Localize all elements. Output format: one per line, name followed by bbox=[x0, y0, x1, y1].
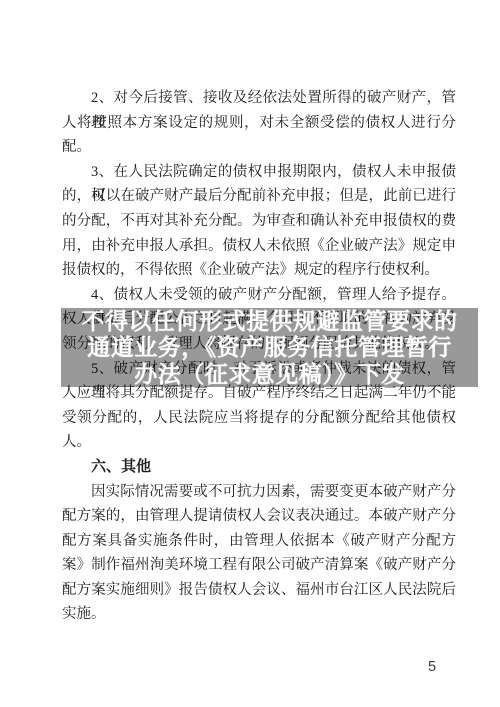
overlay-banner-line: 通道业务，《资产服务信托管理暂行 bbox=[87, 334, 452, 360]
page-number: 5 bbox=[428, 657, 436, 677]
overlay-banner[interactable]: 不得以任何形式提供规避监管要求的通道业务，《资产服务信托管理暂行办法（征求意见稿… bbox=[61, 308, 478, 387]
document-line: 人将按照本方案设定的规则，对未全额受偿的债权人进行分 bbox=[62, 111, 456, 136]
document-line: 的分配，不再对其补充分配。为审查和确认补充申报债权的费 bbox=[62, 209, 456, 234]
document-line: 的，可以在破产财产最后分配前补充申报；但是，此前已进行 bbox=[62, 184, 456, 209]
document-line: 报债权的，不得依照《企业破产法》规定的程序行使权利。 bbox=[62, 258, 456, 283]
document-line: 实施。 bbox=[62, 602, 456, 627]
document-line: 4、债权人未受领的破产财产分配额，管理人给予提存。债 bbox=[62, 283, 456, 308]
document-line: 用，由补充申报人承担。债权人未依照《企业破产法》规定申 bbox=[62, 234, 456, 259]
document-line: 配方案实施细则》报告债权人会议、福州市台江区人民法院后 bbox=[62, 578, 456, 603]
document-line: 配方案的，由管理人提请债权人会议表决通过。本破产财产分 bbox=[62, 504, 456, 529]
document-line: 配。 bbox=[62, 135, 456, 160]
document-line: 受领分配的，人民法院应当将提存的分配额分配给其他债权 bbox=[62, 406, 456, 431]
document-line: 案》制作福州洵美环境工程有限公司破产清算案《破产财产分 bbox=[62, 553, 456, 578]
document-line: 2、对今后接管、接收及经依法处置所得的破产财产，管理 bbox=[62, 86, 456, 111]
document-line: 3、在人民法院确定的债权申报期限内，债权人未申报债权 bbox=[62, 160, 456, 185]
overlay-banner-line: 办法（征求意见稿）》下发 bbox=[134, 361, 405, 387]
document-line: 六、其他 bbox=[62, 455, 456, 480]
document-line: 人。 bbox=[62, 430, 456, 455]
document-line: 因实际情况需要或不可抗力因素，需要变更本破产财产分 bbox=[62, 480, 456, 505]
overlay-banner-line: 不得以任何形式提供规避监管要求的 bbox=[82, 308, 458, 334]
document-line: 配方案具备实施条件时，由管理人依据本《破产财产分配方 bbox=[62, 529, 456, 554]
